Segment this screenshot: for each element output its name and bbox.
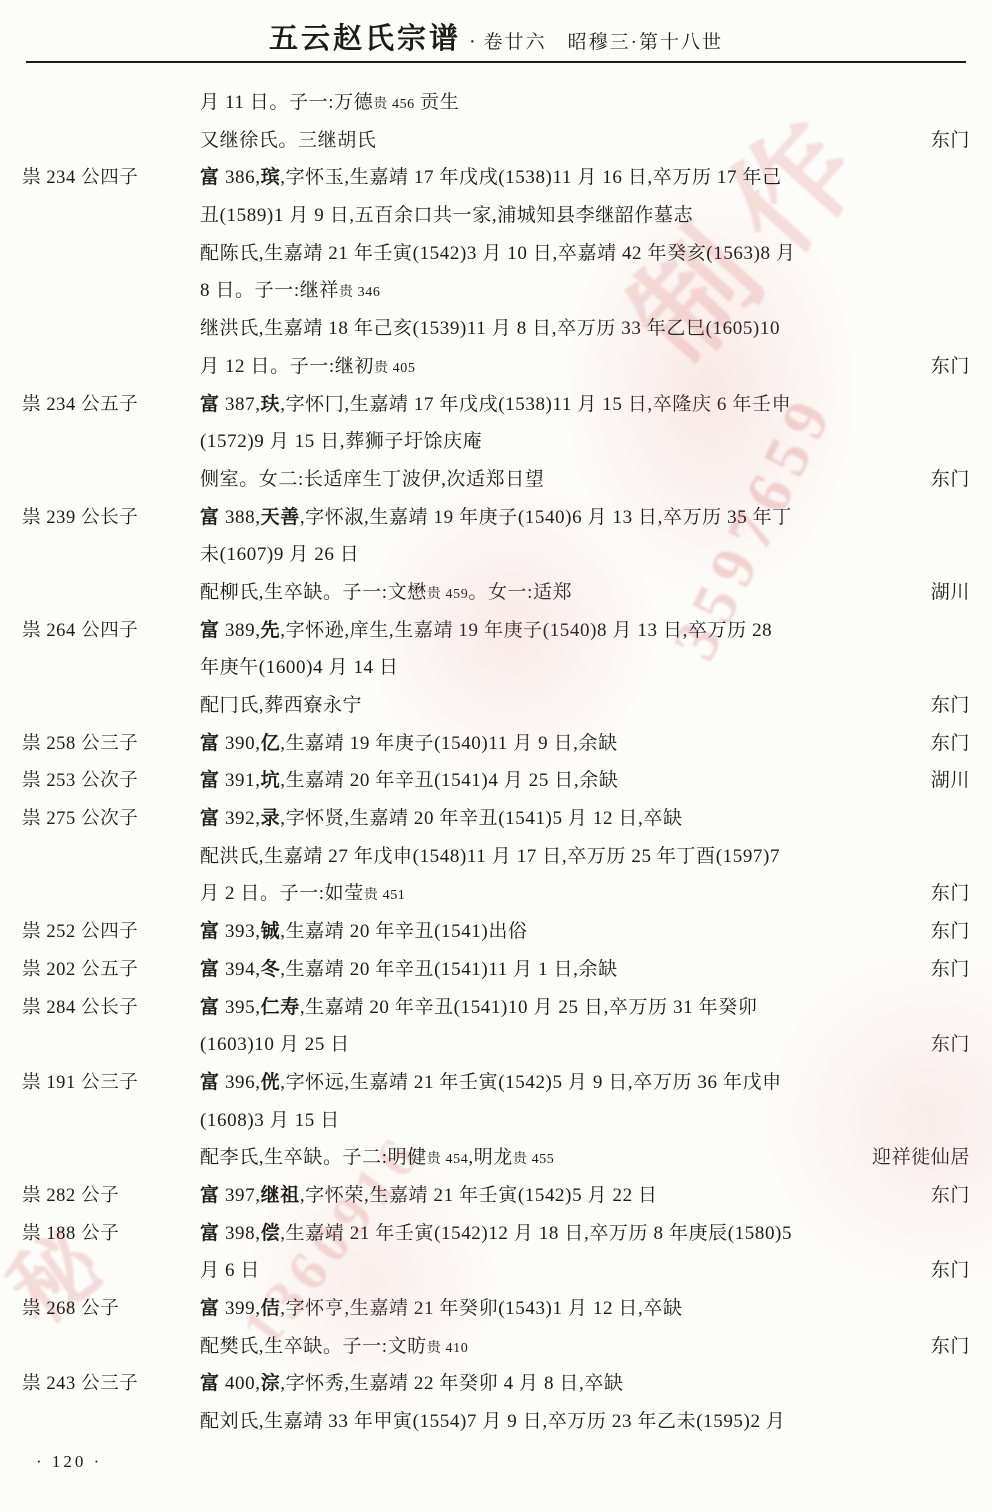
- genealogy-row: 祟 234 公四子富 386,瑸,字怀玉,生嘉靖 17 年戊戌(1538)11 …: [22, 159, 970, 197]
- entry-text: 未(1607)9 月 26 日: [200, 536, 960, 574]
- title-separator-dot: ·: [461, 31, 484, 53]
- entry-text: 又继徐氏。三继胡氏: [200, 122, 921, 160]
- genealogy-page: 五云赵氏宗谱·卷廿六 昭穆三·第十八世 月 11 日。子一:万德贵 456 贡生…: [0, 0, 992, 1512]
- branch-label: 东门: [921, 875, 970, 913]
- entry-text: 富 397,继祖,字怀荣,生嘉靖 21 年壬寅(1542)5 月 22 日: [200, 1177, 921, 1215]
- entry-text: 富 387,玞,字怀冂,生嘉靖 17 年戊戌(1538)11 月 15 日,卒隆…: [200, 386, 960, 424]
- genealogy-row: 祟 268 公子富 399,佶,字怀亨,生嘉靖 21 年癸卯(1543)1 月 …: [22, 1290, 970, 1328]
- genealogy-row: 8 日。子一:继祥贵 346: [22, 272, 970, 310]
- genealogy-row: 祟 258 公三子富 390,亿,生嘉靖 19 年庚子(1540)11 月 9 …: [22, 725, 970, 763]
- entry-label: 祟 252 公四子: [22, 914, 200, 952]
- branch-label: 东门: [921, 1026, 970, 1064]
- genealogy-row: 祟 275 公次子富 392,录,字怀贤,生嘉靖 20 年辛丑(1541)5 月…: [22, 800, 970, 838]
- entry-text: 月 11 日。子一:万德贵 456 贡生: [200, 84, 960, 124]
- branch-label: 东门: [921, 1252, 970, 1290]
- entry-text: 月 6 日: [200, 1252, 921, 1290]
- genealogy-row: 配柳氏,生卒缺。子一:文懋贵 459。女一:适郑湖川: [22, 574, 970, 612]
- genealogy-row: 配冂氏,葬西寮永宁东门: [22, 687, 970, 725]
- entry-text: (1572)9 月 15 日,葬狮子圩馀庆庵: [200, 423, 960, 461]
- entry-text: 配刘氏,生嘉靖 33 年甲寅(1554)7 月 9 日,卒万历 23 年乙未(1…: [200, 1403, 960, 1441]
- entry-text: 富 393,铖,生嘉靖 20 年辛丑(1541)出俗: [200, 913, 921, 951]
- branch-label: 东门: [921, 951, 970, 989]
- entry-text: 富 388,天善,字怀淑,生嘉靖 19 年庚子(1540)6 月 13 日,卒万…: [200, 499, 960, 537]
- genealogy-rows: 月 11 日。子一:万德贵 456 贡生又继徐氏。三继胡氏东门祟 234 公四子…: [22, 84, 970, 1441]
- branch-label: 东门: [921, 725, 970, 763]
- genealogy-row: 配李氏,生卒缺。子二:明健贵 454,明龙贵 455迎祥徙仙居: [22, 1139, 970, 1177]
- genealogy-row: 丑(1589)1 月 9 日,五百余口共一家,浦城知县李继韶作墓志: [22, 197, 970, 235]
- page-header: 五云赵氏宗谱·卷廿六 昭穆三·第十八世: [0, 16, 992, 57]
- genealogy-row: (1603)10 月 25 日东门: [22, 1026, 970, 1064]
- branch-label: 东门: [921, 461, 970, 499]
- genealogy-row: 祟 282 公子富 397,继祖,字怀荣,生嘉靖 21 年壬寅(1542)5 月…: [22, 1177, 970, 1215]
- entry-text: 月 2 日。子一:如莹贵 451: [200, 875, 921, 915]
- entry-text: 侧室。女二:长适庠生丁波伊,次适郑日望: [200, 461, 921, 499]
- branch-label: 东门: [921, 687, 970, 725]
- genealogy-row: 月 2 日。子一:如莹贵 451东门: [22, 875, 970, 913]
- genealogy-row: 祟 239 公长子富 388,天善,字怀淑,生嘉靖 19 年庚子(1540)6 …: [22, 499, 970, 537]
- entry-label: 祟 258 公三子: [22, 726, 200, 764]
- entry-text: 富 394,冬,生嘉靖 20 年辛丑(1541)11 月 1 日,余缺: [200, 951, 921, 989]
- branch-label: 迎祥徙仙居: [862, 1139, 970, 1177]
- genealogy-row: 祟 253 公次子富 391,坑,生嘉靖 20 年辛丑(1541)4 月 25 …: [22, 762, 970, 800]
- genealogy-row: 祟 264 公四子富 389,先,字怀逊,庠生,生嘉靖 19 年庚子(1540)…: [22, 612, 970, 650]
- genealogy-row: 祟 234 公五子富 387,玞,字怀冂,生嘉靖 17 年戊戌(1538)11 …: [22, 386, 970, 424]
- entry-text: (1608)3 月 15 日: [200, 1102, 960, 1140]
- branch-label: 东门: [921, 1328, 970, 1366]
- genealogy-row: 配樊氏,生卒缺。子一:文昉贵 410东门: [22, 1328, 970, 1366]
- genealogy-row: 祟 202 公五子富 394,冬,生嘉靖 20 年辛丑(1541)11 月 1 …: [22, 951, 970, 989]
- branch-label: 东门: [921, 122, 970, 160]
- entry-label: 祟 253 公次子: [22, 763, 200, 801]
- entry-label: 祟 188 公子: [22, 1216, 200, 1254]
- branch-label: 湖川: [921, 574, 970, 612]
- entry-text: 配陈氏,生嘉靖 21 年壬寅(1542)3 月 10 日,卒嘉靖 42 年癸亥(…: [200, 235, 960, 273]
- entry-text: 富 389,先,字怀逊,庠生,生嘉靖 19 年庚子(1540)8 月 13 日,…: [200, 612, 960, 650]
- entry-text: 富 398,偿,生嘉靖 21 年壬寅(1542)12 月 18 日,卒万历 8 …: [200, 1215, 960, 1253]
- entry-text: 富 386,瑸,字怀玉,生嘉靖 17 年戊戌(1538)11 月 16 日,卒万…: [200, 159, 960, 197]
- header-divider: [26, 61, 966, 63]
- entry-text: (1603)10 月 25 日: [200, 1026, 921, 1064]
- genealogy-row: (1608)3 月 15 日: [22, 1102, 970, 1140]
- page-number: · 120 ·: [36, 1452, 102, 1472]
- entry-text: 配柳氏,生卒缺。子一:文懋贵 459。女一:适郑: [200, 574, 921, 614]
- branch-label: 东门: [921, 348, 970, 386]
- genealogy-row: 月 12 日。子一:继初贵 405东门: [22, 348, 970, 386]
- genealogy-row: (1572)9 月 15 日,葬狮子圩馀庆庵: [22, 423, 970, 461]
- entry-text: 丑(1589)1 月 9 日,五百余口共一家,浦城知县李继韶作墓志: [200, 197, 960, 235]
- entry-label: 祟 202 公五子: [22, 952, 200, 990]
- entry-text: 富 399,佶,字怀亨,生嘉靖 21 年癸卯(1543)1 月 12 日,卒缺: [200, 1290, 960, 1328]
- entry-text: 继洪氏,生嘉靖 18 年己亥(1539)11 月 8 日,卒万历 33 年乙巳(…: [200, 310, 960, 348]
- genealogy-row: 配陈氏,生嘉靖 21 年壬寅(1542)3 月 10 日,卒嘉靖 42 年癸亥(…: [22, 235, 970, 273]
- entry-text: 富 392,录,字怀贤,生嘉靖 20 年辛丑(1541)5 月 12 日,卒缺: [200, 800, 960, 838]
- entry-text: 8 日。子一:继祥贵 346: [200, 272, 960, 312]
- genealogy-row: 祟 188 公子富 398,偿,生嘉靖 21 年壬寅(1542)12 月 18 …: [22, 1215, 970, 1253]
- entry-label: 祟 191 公三子: [22, 1065, 200, 1103]
- branch-label: 东门: [921, 913, 970, 951]
- entry-label: 祟 264 公四子: [22, 613, 200, 651]
- genealogy-row: 继洪氏,生嘉靖 18 年己亥(1539)11 月 8 日,卒万历 33 年乙巳(…: [22, 310, 970, 348]
- genealogy-row: 年庚午(1600)4 月 14 日: [22, 649, 970, 687]
- genealogy-row: 祟 191 公三子富 396,侊,字怀远,生嘉靖 21 年壬寅(1542)5 月…: [22, 1064, 970, 1102]
- entry-label: 祟 243 公三子: [22, 1366, 200, 1404]
- entry-label: 祟 234 公五子: [22, 387, 200, 425]
- entry-label: 祟 284 公长子: [22, 990, 200, 1028]
- entry-text: 富 400,淙,字怀秀,生嘉靖 22 年癸卯 4 月 8 日,卒缺: [200, 1365, 960, 1403]
- genealogy-row: 又继徐氏。三继胡氏东门: [22, 122, 970, 160]
- volume-subtitle: 卷廿六 昭穆三·第十八世: [484, 32, 723, 53]
- genealogy-row: 配刘氏,生嘉靖 33 年甲寅(1554)7 月 9 日,卒万历 23 年乙未(1…: [22, 1403, 970, 1441]
- genealogy-row: 侧室。女二:长适庠生丁波伊,次适郑日望东门: [22, 461, 970, 499]
- entry-text: 配李氏,生卒缺。子二:明健贵 454,明龙贵 455: [200, 1139, 862, 1179]
- genealogy-row: 月 11 日。子一:万德贵 456 贡生: [22, 84, 970, 122]
- genealogy-row: 祟 284 公长子富 395,仁寿,生嘉靖 20 年辛丑(1541)10 月 2…: [22, 989, 970, 1027]
- genealogy-row: 月 6 日东门: [22, 1252, 970, 1290]
- genealogy-row: 未(1607)9 月 26 日: [22, 536, 970, 574]
- entry-label: 祟 239 公长子: [22, 500, 200, 538]
- genealogy-row: 祟 243 公三子富 400,淙,字怀秀,生嘉靖 22 年癸卯 4 月 8 日,…: [22, 1365, 970, 1403]
- entry-text: 月 12 日。子一:继初贵 405: [200, 348, 921, 388]
- entry-text: 配樊氏,生卒缺。子一:文昉贵 410: [200, 1328, 921, 1368]
- entry-text: 配冂氏,葬西寮永宁: [200, 687, 921, 725]
- entry-label: 祟 275 公次子: [22, 801, 200, 839]
- entry-label: 祟 268 公子: [22, 1291, 200, 1329]
- entry-label: 祟 234 公四子: [22, 160, 200, 198]
- genealogy-row: 祟 252 公四子富 393,铖,生嘉靖 20 年辛丑(1541)出俗东门: [22, 913, 970, 951]
- entry-text: 配洪氏,生嘉靖 27 年戊申(1548)11 月 17 日,卒万历 25 年丁酉…: [200, 838, 960, 876]
- entry-text: 富 391,坑,生嘉靖 20 年辛丑(1541)4 月 25 日,余缺: [200, 762, 921, 800]
- entry-text: 富 395,仁寿,生嘉靖 20 年辛丑(1541)10 月 25 日,卒万历 3…: [200, 989, 960, 1027]
- entry-label: 祟 282 公子: [22, 1178, 200, 1216]
- branch-label: 东门: [921, 1177, 970, 1215]
- branch-label: 湖川: [921, 762, 970, 800]
- entry-text: 富 396,侊,字怀远,生嘉靖 21 年壬寅(1542)5 月 9 日,卒万历 …: [200, 1064, 960, 1102]
- genealogy-row: 配洪氏,生嘉靖 27 年戊申(1548)11 月 17 日,卒万历 25 年丁酉…: [22, 838, 970, 876]
- entry-text: 富 390,亿,生嘉靖 19 年庚子(1540)11 月 9 日,余缺: [200, 725, 921, 763]
- book-title: 五云赵氏宗谱: [269, 23, 461, 55]
- entry-text: 年庚午(1600)4 月 14 日: [200, 649, 960, 687]
